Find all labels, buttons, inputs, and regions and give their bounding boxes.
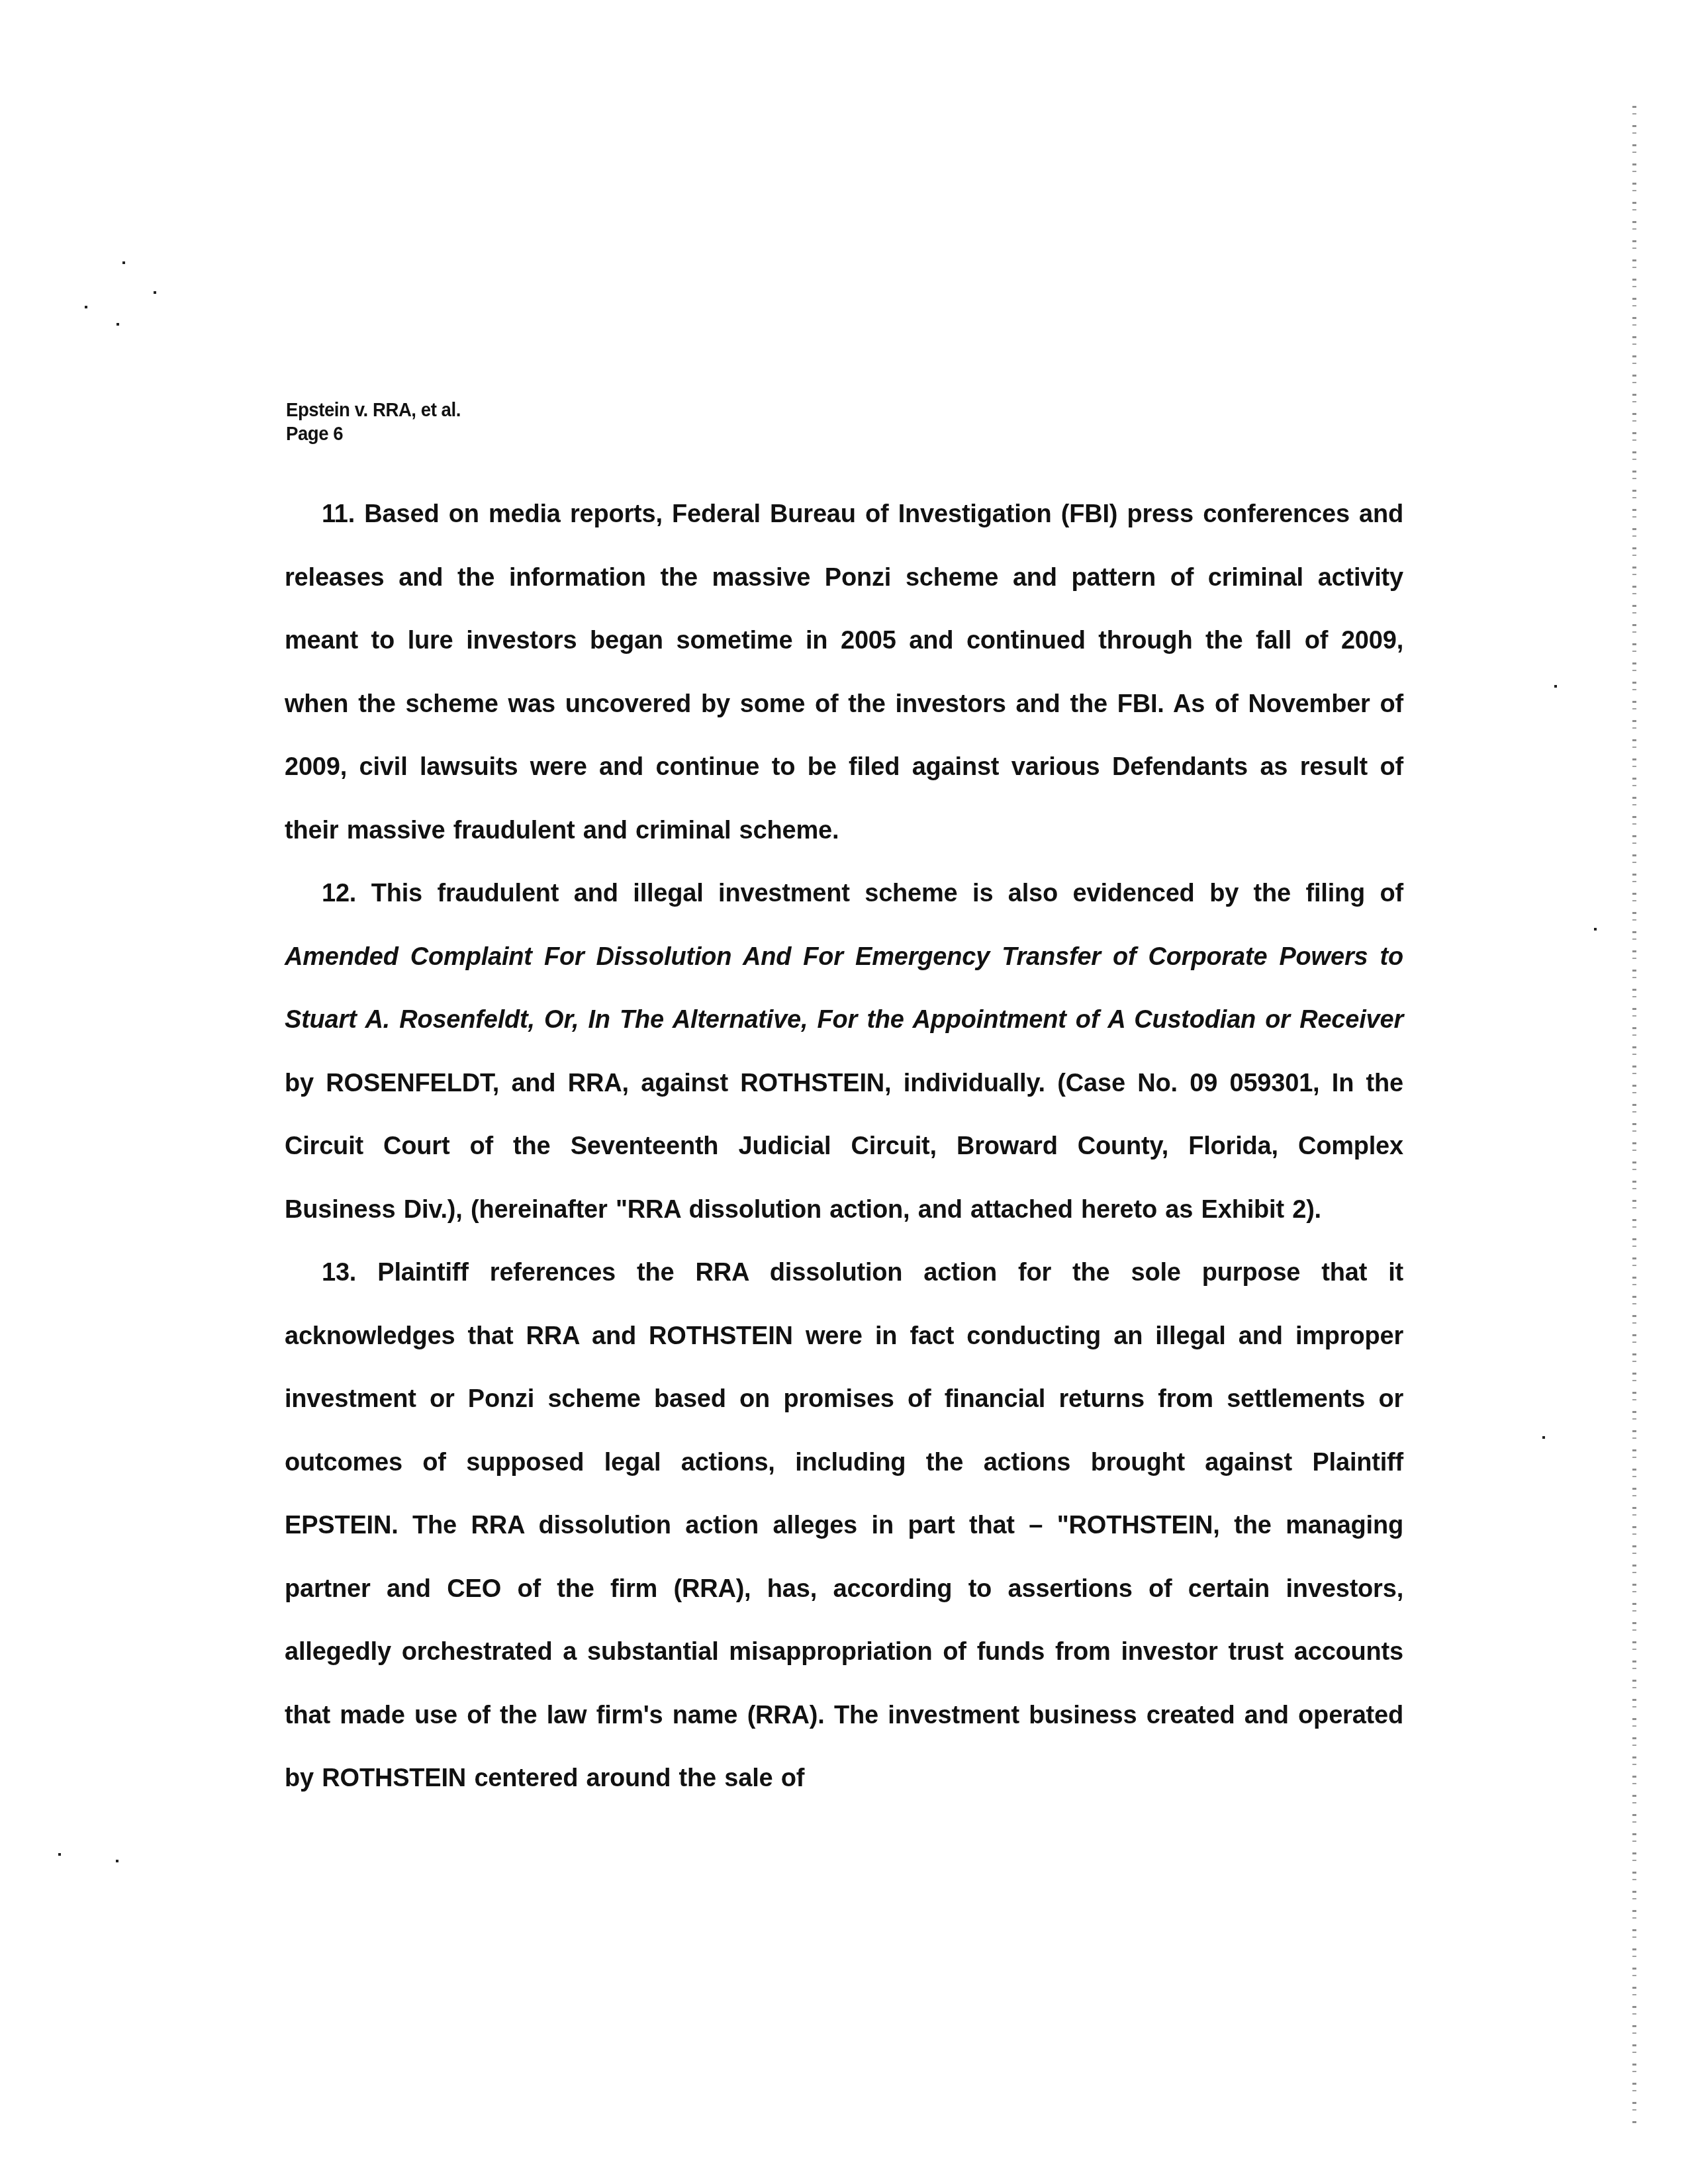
scan-speck [116,1860,118,1862]
scan-speck [117,323,119,326]
paragraph-number: 11. [285,483,355,547]
paragraph-number: 12. [285,862,356,926]
scan-speck [58,1853,61,1856]
scan-speck [154,291,156,294]
document-body: 11. Based on media reports, Federal Bure… [285,483,1403,1811]
page-header: Epstein v. RRA, et al. Page 6 [286,398,461,446]
scan-speck [1554,685,1557,688]
page-number: Page 6 [286,422,461,446]
scan-speck [1542,1436,1545,1439]
paragraph-13: 13. Plaintiff references the RRA dissolu… [285,1242,1403,1811]
paragraph-text: Plaintiff references the RRA dissolution… [285,1259,1403,1792]
pleading-title: Amended Complaint For Dissolution And Fo… [285,943,1403,1034]
case-caption: Epstein v. RRA, et al. [286,398,461,422]
scan-edge-artifact [1632,106,1636,2124]
scan-speck [1594,928,1597,931]
paragraph-12: 12. This fraudulent and illegal investme… [285,862,1403,1242]
paragraph-number: 13. [285,1242,356,1305]
paragraph-text: This fraudulent and illegal investment s… [356,880,1403,907]
exhibit-reference: Exhibit 2 [1201,1196,1307,1224]
document-page: Epstein v. RRA, et al. Page 6 11. Based … [0,0,1688,2184]
paragraph-text: Based on media reports, Federal Bureau o… [285,500,1403,844]
scan-speck [122,261,125,264]
paragraph-text: ). [1306,1196,1321,1224]
scan-speck [85,306,87,308]
paragraph-11: 11. Based on media reports, Federal Bure… [285,483,1403,862]
